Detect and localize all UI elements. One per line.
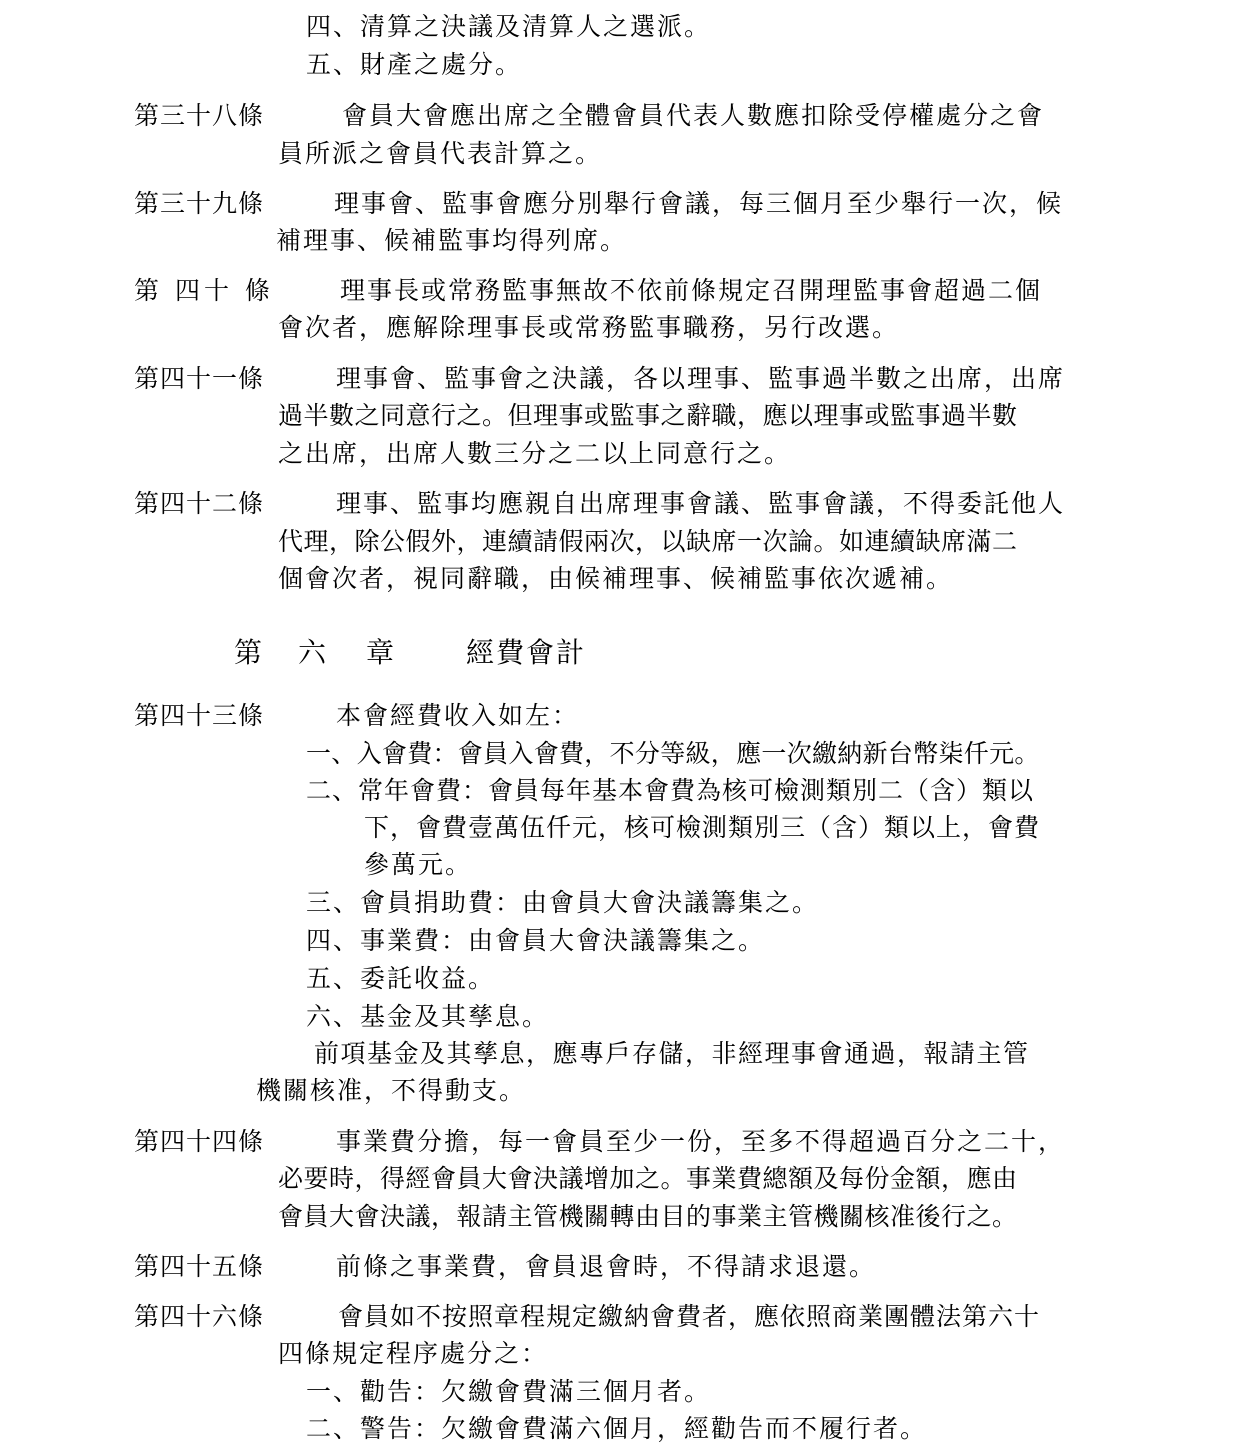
list-item: 五、財產之處分。 xyxy=(306,50,522,80)
article-label: 第四十三條 xyxy=(134,701,264,731)
list-item: 下，會費壹萬伍仟元，核可檢測類別三（含）類以上，會費 xyxy=(364,813,1040,843)
article-text: 過半數之同意行之。但理事或監事之辭職，應以理事或監事過半數 xyxy=(278,401,1018,431)
chapter-suffix: 章 xyxy=(366,636,394,670)
list-item: 四、清算之決議及清算人之選派。 xyxy=(306,12,711,42)
article-label: 第四十一條 xyxy=(134,364,264,394)
article-text: 會次者，應解除理事長或常務監事職務，另行改選。 xyxy=(278,313,899,343)
list-item: 三、會員捐助費：由會員大會決議籌集之。 xyxy=(306,888,819,918)
list-item: 一、勸告：欠繳會費滿三個月者。 xyxy=(306,1377,711,1407)
article-text: 理事長或常務監事無故不依前條規定召開理監事會超過二個 xyxy=(340,276,1042,306)
article-text: 理事會、監事會應分別舉行會議，每三個月至少舉行一次，候 xyxy=(334,189,1063,219)
article-label: 第四十五條 xyxy=(134,1252,264,1282)
article-label: 第三十八條 xyxy=(134,101,264,131)
article-text: 理事、監事均應親自出席理事會議、監事會議，不得委託他人 xyxy=(336,489,1065,519)
list-item: 四、事業費：由會員大會決議籌集之。 xyxy=(306,926,765,956)
article-note: 機關核准，不得動支。 xyxy=(256,1076,526,1106)
article-text: 員所派之會員代表計算之。 xyxy=(278,139,602,169)
article-text: 理事會、監事會之決議，各以理事、監事過半數之出席，出席 xyxy=(336,364,1065,394)
article-text: 事業費分擔，每一會員至少一份，至多不得超過百分之二十， xyxy=(336,1127,1065,1157)
article-text: 本會經費收入如左： xyxy=(336,701,579,731)
list-item: 參萬元。 xyxy=(364,850,472,880)
article-label: 第四十二條 xyxy=(134,489,264,519)
article-text: 會員大會決議，報請主管機關轉由目的事業主管機關核准後行之。 xyxy=(278,1202,1018,1232)
list-item: 二、常年會費：會員每年基本會費為核可檢測類別二（含）類以 xyxy=(306,776,1034,806)
article-label: 第四十四條 xyxy=(134,1127,264,1157)
article-label: 第三十九條 xyxy=(134,189,264,219)
article-text: 四條規定程序處分之： xyxy=(278,1339,548,1369)
chapter-number: 六 xyxy=(298,636,326,670)
chapter-prefix: 第 xyxy=(234,636,262,670)
article-text: 必要時，得經會員大會決議增加之。事業費總額及每份金額，應由 xyxy=(278,1164,1018,1194)
article-text: 補理事、候補監事均得列席。 xyxy=(276,226,627,256)
article-text: 前條之事業費，會員退會時，不得請求退還。 xyxy=(336,1252,876,1282)
article-text: 代理，除公假外，連續請假兩次，以缺席一次論。如連續缺席滿二 xyxy=(278,527,1018,557)
list-item: 六、基金及其孳息。 xyxy=(306,1002,549,1032)
list-item: 一、入會費：會員入會費，不分等級，應一次繳納新台幣柒仟元。 xyxy=(306,739,1040,769)
article-note: 前項基金及其孳息，應專戶存儲，非經理事會通過，報請主管 xyxy=(314,1039,1030,1069)
article-label: 第 四十 條 xyxy=(134,276,274,306)
article-label: 第四十六條 xyxy=(134,1302,264,1332)
list-item: 五、委託收益。 xyxy=(306,964,495,994)
article-text: 會員如不按照章程規定繳納會費者，應依照商業團體法第六十 xyxy=(338,1302,1040,1332)
chapter-title: 經費會計 xyxy=(466,636,586,670)
article-text: 之出席，出席人數三分之二以上同意行之。 xyxy=(278,439,791,469)
list-item: 二、警告：欠繳會費滿六個月，經勸告而不履行者。 xyxy=(306,1414,927,1444)
article-text: 個會次者，視同辭職，由候補理事、候補監事依次遞補。 xyxy=(278,564,953,594)
article-text: 會員大會應出席之全體會員代表人數應扣除受停權處分之會 xyxy=(342,101,1044,131)
